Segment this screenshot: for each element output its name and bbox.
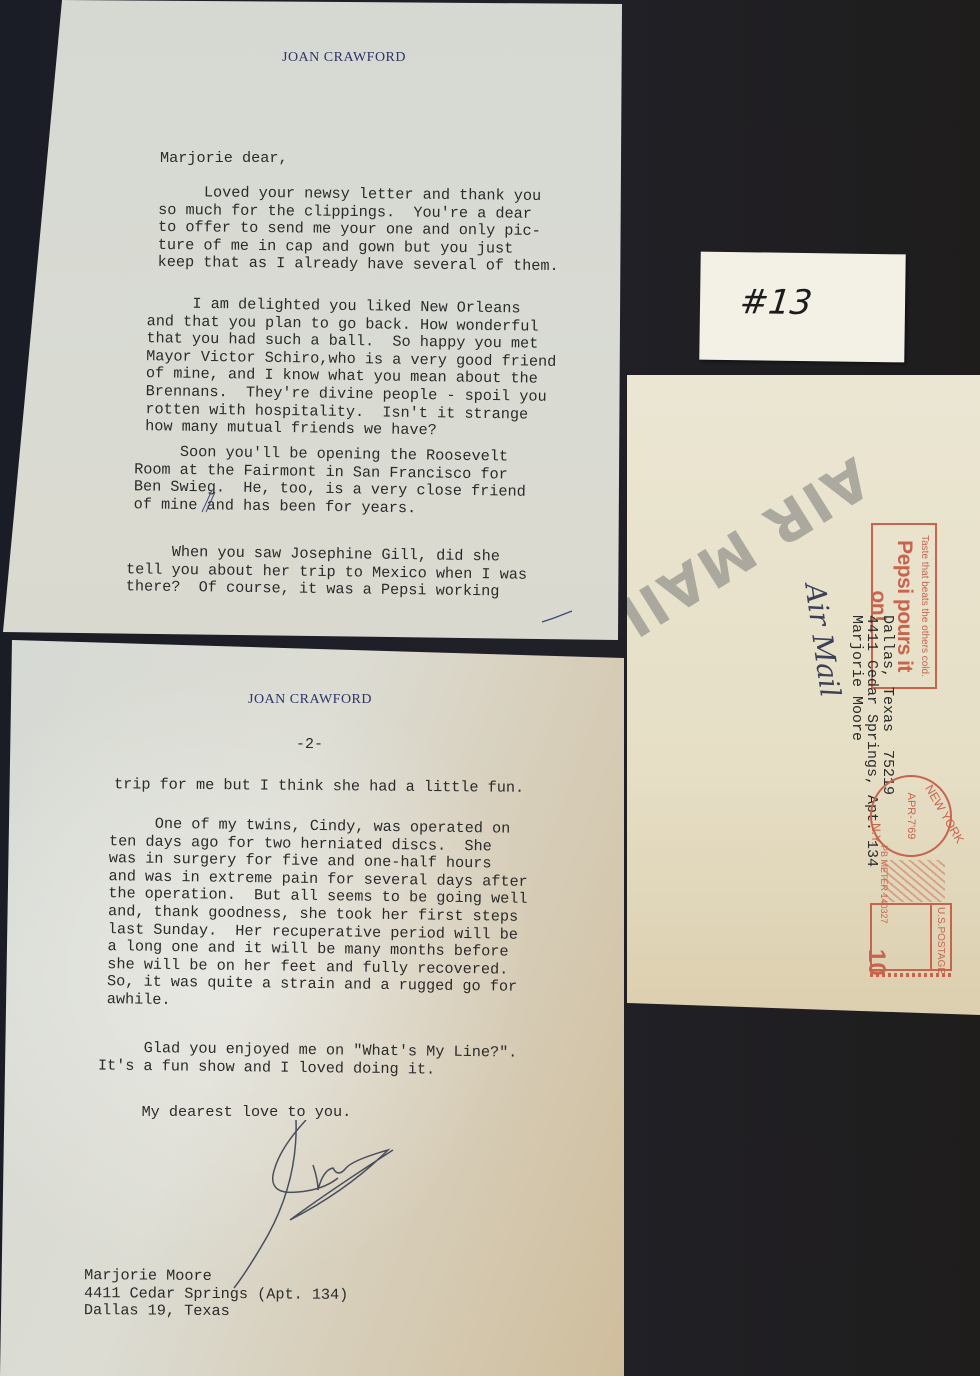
paragraph: Glad you enjoyed me on "What's My Line?"… <box>98 1039 518 1079</box>
postmark-state: N.Y. <box>869 823 883 845</box>
meter-dots <box>870 973 952 977</box>
paragraph: My dearest love to you. <box>96 1104 351 1122</box>
signature: Joan <box>228 1120 408 1290</box>
lot-number: #13 <box>738 282 815 323</box>
paragraph: One of my twins, Cindy, was operated on … <box>107 815 529 1014</box>
envelope: AIR MAIL Taste that beats the others col… <box>627 375 980 1015</box>
letter-page-1: JOAN CRAWFORD Marjorie dear, Loved your … <box>0 0 630 640</box>
handwritten-air-mail: Air Mail <box>798 581 847 699</box>
pepsi-tagline: Taste that beats the others cold. <box>917 531 931 681</box>
paragraph: When you saw Josephine Gill, did she tel… <box>126 543 528 601</box>
postage-label: U.S.POSTAGE <box>935 907 946 974</box>
postage-value: 10 <box>862 949 890 976</box>
airmail-rubber-stamp: AIR MAIL <box>594 444 881 657</box>
postmark-date: APR-7'69 <box>905 793 917 840</box>
address-line: Marjorie Moore <box>849 615 865 867</box>
paragraph: Soon you'll be opening the Roosevelt Roo… <box>134 443 527 519</box>
lot-number-tag: #13 <box>699 252 905 363</box>
paragraph: I am delighted you liked New Orleans and… <box>145 295 557 441</box>
postage-value-box: 10 U.S.POSTAGE <box>870 903 952 971</box>
paragraph: Loved your newsy letter and thank you so… <box>158 184 560 276</box>
salutation: Marjorie dear, <box>160 150 288 168</box>
pen-check-mark <box>540 608 580 628</box>
letterhead: JOAN CRAWFORD <box>282 50 406 66</box>
paragraph: trip for me but I think she had a little… <box>114 776 524 797</box>
page-number: -2- <box>296 736 323 753</box>
letterhead: JOAN CRAWFORD <box>248 692 372 708</box>
pen-correction-mark <box>198 486 218 516</box>
eagle-icon <box>883 860 945 902</box>
